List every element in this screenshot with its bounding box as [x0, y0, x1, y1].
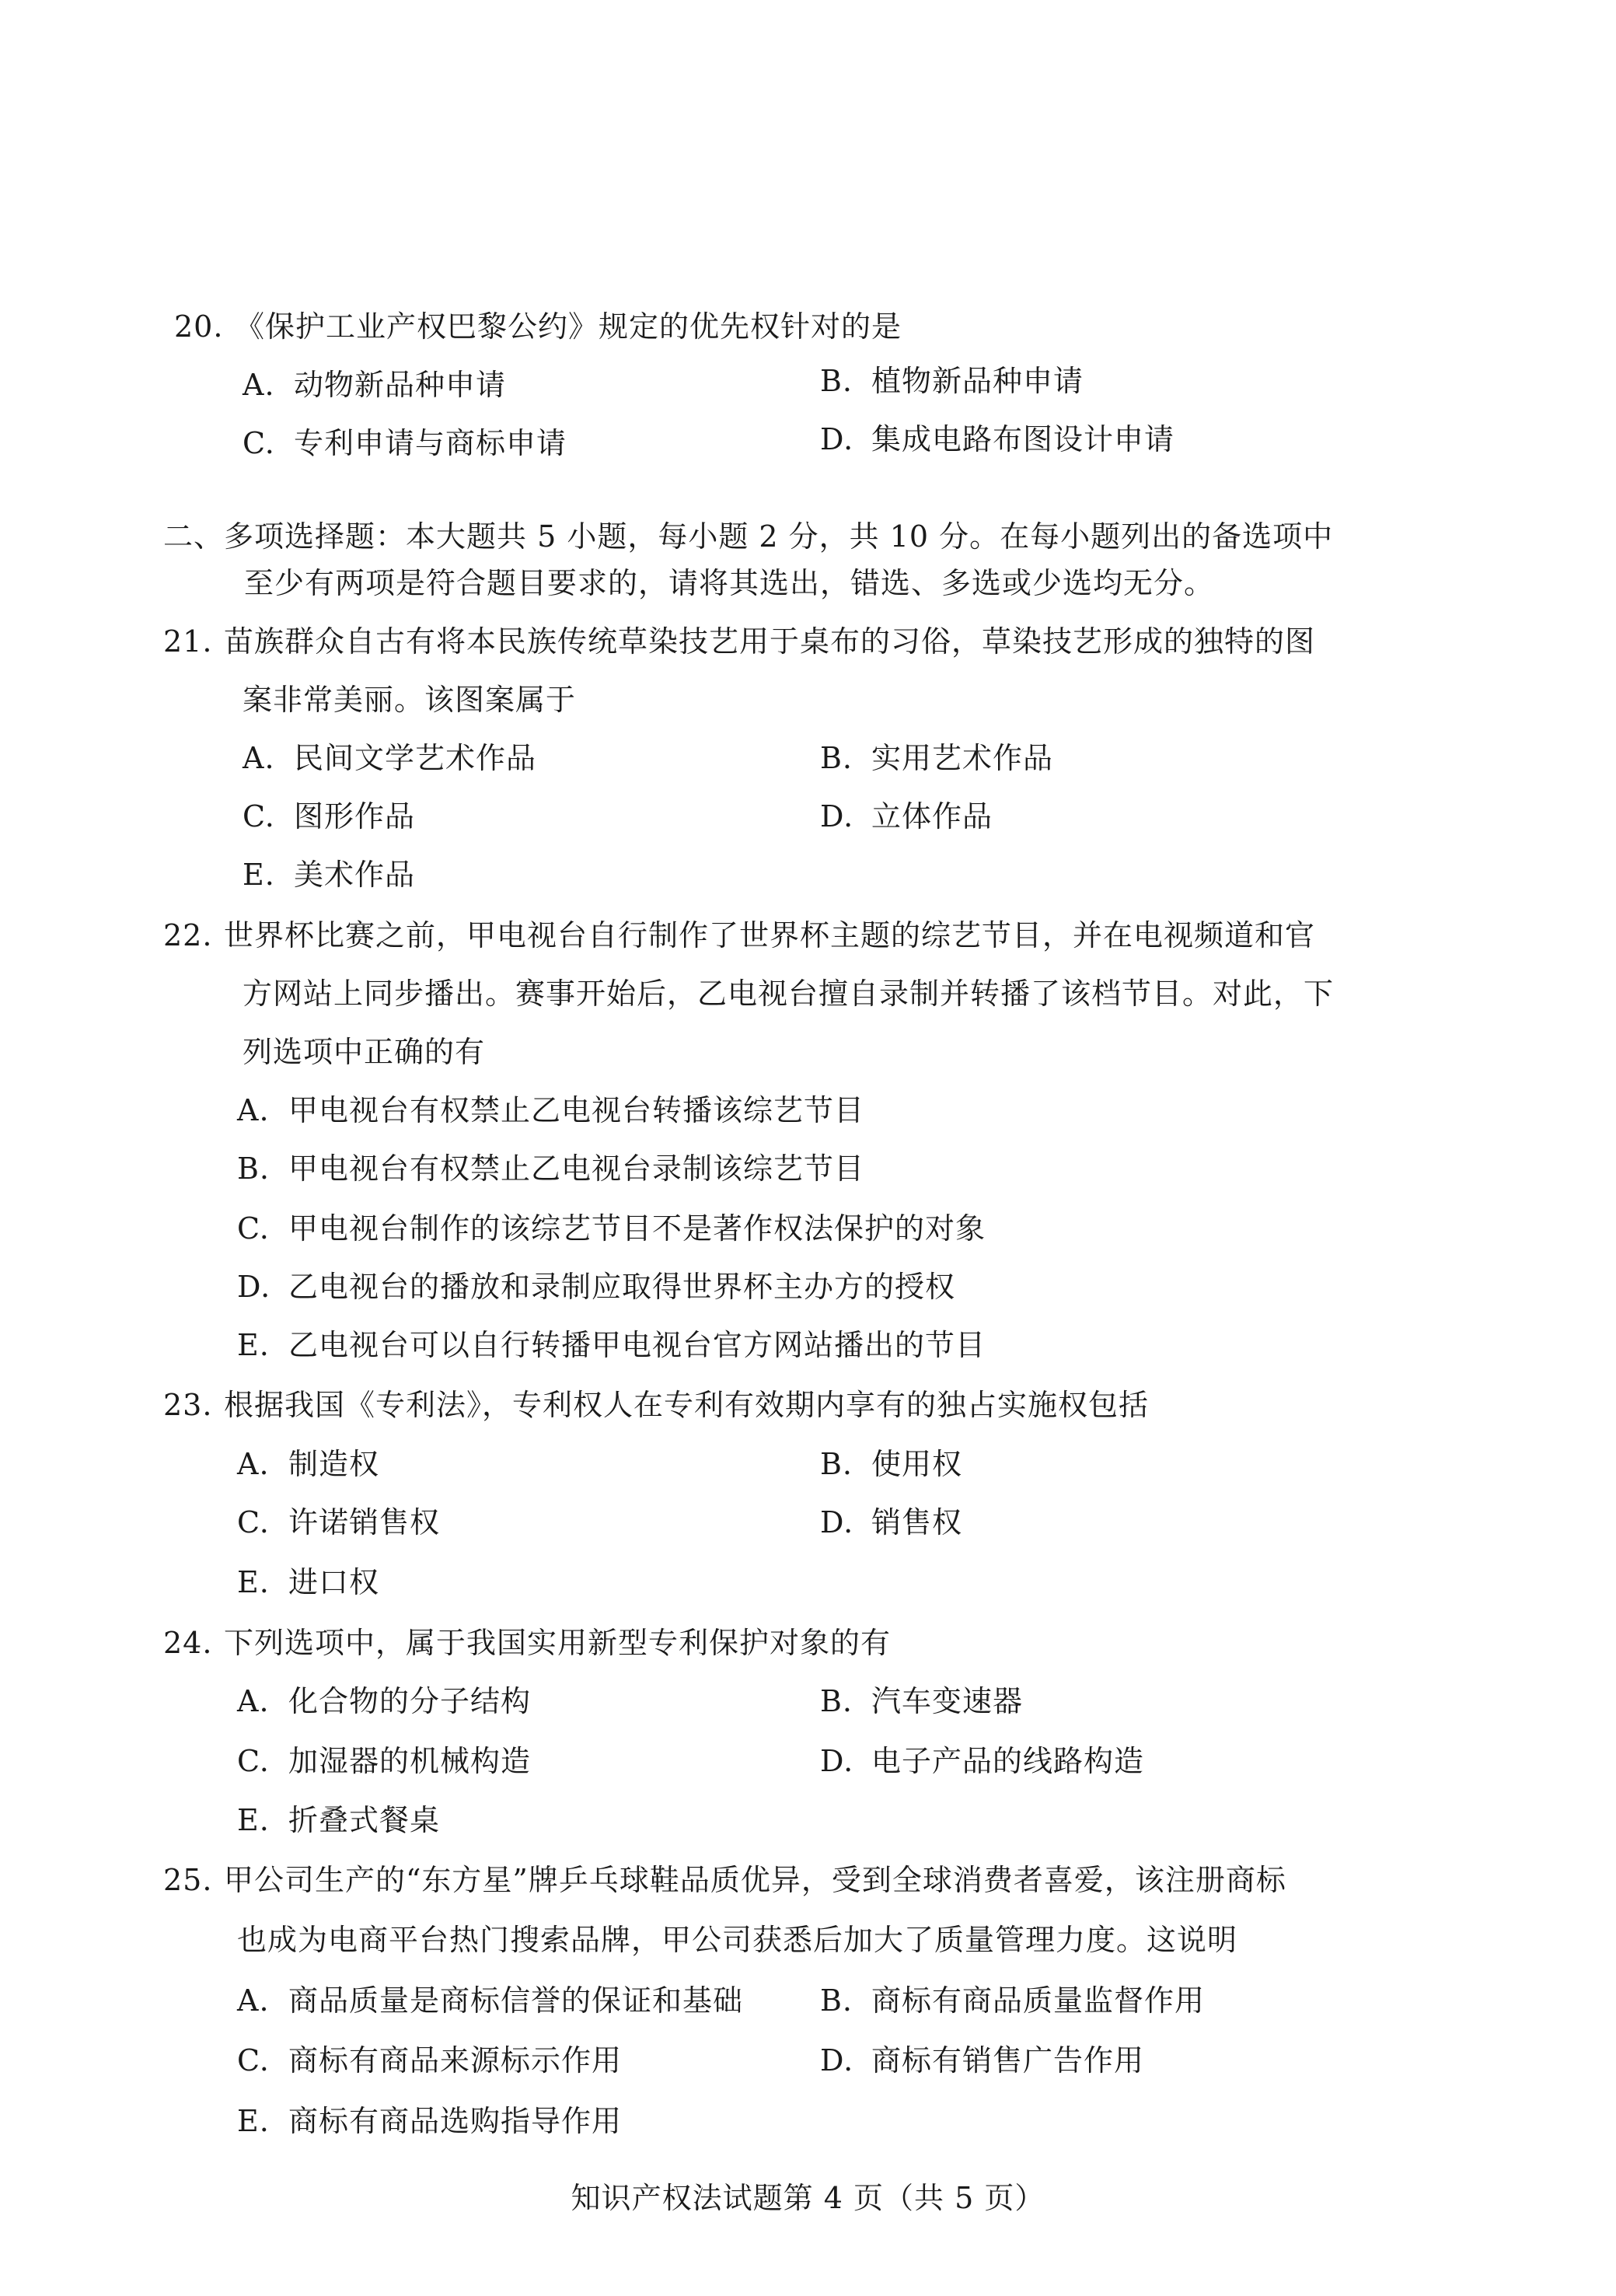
option-letter: D.: [820, 420, 871, 459]
option-text: 甲电视台制作的该综艺节目不是著作权法保护的对象: [288, 1211, 986, 1246]
option-text: 加湿器的机械构造: [288, 1744, 531, 1778]
q21-option-e: E.美术作品: [243, 855, 415, 894]
question-text: 根据我国《专利法》，专利权人在专利有效期内享有的独占实施权包括: [224, 1388, 1149, 1422]
q25-option-c: C.商标有商品来源标示作用: [237, 2041, 622, 2080]
question-number: 22.: [163, 916, 224, 955]
option-text: 电子产品的线路构造: [871, 1744, 1144, 1778]
option-letter: A.: [237, 1981, 288, 2020]
option-letter: D.: [820, 2041, 871, 2080]
question-number: 23.: [163, 1386, 224, 1424]
option-text: 甲电视台有权禁止乙电视台转播该综艺节目: [288, 1093, 864, 1127]
question-number: 21.: [163, 622, 224, 661]
question-number: 24.: [163, 1623, 224, 1662]
option-text: 甲电视台有权禁止乙电视台录制该综艺节目: [288, 1151, 864, 1186]
question-20-stem: 20.《保护工业产权巴黎公约》规定的优先权针对的是: [174, 307, 902, 346]
option-letter: E.: [237, 1326, 288, 1365]
option-letter: C.: [237, 1742, 288, 1781]
q25-option-d: D.商标有销售广告作用: [820, 2041, 1144, 2080]
question-22-stem-line-1: 22.世界杯比赛之前，甲电视台自行制作了世界杯主题的综艺节目，并在电视频道和官: [163, 916, 1315, 955]
q24-option-c: C.加湿器的机械构造: [237, 1742, 531, 1781]
q21-option-a: A.民间文学艺术作品: [243, 739, 536, 778]
option-letter: A.: [243, 739, 294, 778]
question-21-stem-line-1: 21.苗族群众自古有将本民族传统草染技艺用于桌布的习俗，草染技艺形成的独特的图: [163, 622, 1315, 661]
option-text: 实用艺术作品: [871, 741, 1053, 775]
q24-option-d: D.电子产品的线路构造: [820, 1742, 1144, 1781]
option-letter: E.: [243, 855, 294, 894]
option-letter: C.: [237, 1209, 288, 1248]
question-25-stem-line-2: 也成为电商平台热门搜索品牌，甲公司获悉后加大了质量管理力度。这说明: [237, 1920, 1237, 1959]
q20-option-a: A.动物新品种申请: [243, 365, 506, 404]
question-text: 《保护工业产权巴黎公约》规定的优先权针对的是: [235, 309, 902, 344]
option-letter: A.: [237, 1445, 288, 1483]
option-text: 商标有商品选购指导作用: [288, 2104, 622, 2138]
option-letter: B.: [820, 362, 871, 400]
question-21-stem-line-2: 案非常美丽。该图案属于: [243, 680, 576, 719]
q23-option-c: C.许诺销售权: [237, 1503, 440, 1542]
option-text: 使用权: [871, 1447, 962, 1481]
q20-option-b: B.植物新品种申请: [820, 362, 1084, 400]
q24-option-b: B.汽车变速器: [820, 1682, 1023, 1721]
exam-page: 20.《保护工业产权巴黎公约》规定的优先权针对的是 A.动物新品种申请 B.植物…: [0, 0, 1616, 2296]
option-text: 乙电视台的播放和录制应取得世界杯主办方的授权: [288, 1270, 955, 1304]
option-text: 商品质量是商标信誉的保证和基础: [288, 1983, 743, 2018]
option-text: 乙电视台可以自行转播甲电视台官方网站播出的节目: [288, 1328, 986, 1362]
question-22-stem-line-3: 列选项中正确的有: [243, 1033, 485, 1071]
option-text: 商标有商品来源标示作用: [288, 2043, 622, 2078]
question-23-stem: 23.根据我国《专利法》，专利权人在专利有效期内享有的独占实施权包括: [163, 1386, 1149, 1424]
option-letter: B.: [237, 1149, 288, 1188]
q22-option-c: C.甲电视台制作的该综艺节目不是著作权法保护的对象: [237, 1209, 986, 1248]
option-letter: D.: [820, 1742, 871, 1781]
option-letter: C.: [243, 424, 294, 463]
section-2-instructions-line-2: 至少有两项是符合题目要求的，请将其选出，错选、多选或少选均无分。: [244, 564, 1214, 603]
option-letter: B.: [820, 1682, 871, 1721]
question-number: 20.: [174, 307, 235, 346]
option-letter: C.: [243, 797, 294, 836]
option-letter: E.: [237, 1801, 288, 1840]
q25-option-e: E.商标有商品选购指导作用: [237, 2102, 622, 2140]
q23-option-e: E.进口权: [237, 1563, 379, 1602]
question-text: 甲公司生产的“东方星”牌乒乓球鞋品质优异，受到全球消费者喜爱，该注册商标: [224, 1863, 1286, 1897]
option-text: 集成电路布图设计申请: [871, 422, 1174, 456]
q22-option-e: E.乙电视台可以自行转播甲电视台官方网站播出的节目: [237, 1326, 986, 1365]
option-text: 许诺销售权: [288, 1505, 440, 1539]
q25-option-b: B.商标有商品质量监督作用: [820, 1981, 1205, 2020]
option-letter: B.: [820, 1981, 871, 2020]
option-letter: D.: [237, 1267, 288, 1306]
question-text: 下列选项中，属于我国实用新型专利保护对象的有: [224, 1626, 891, 1660]
option-text: 动物新品种申请: [294, 368, 506, 402]
option-letter: E.: [237, 1563, 288, 1602]
question-text: 苗族群众自古有将本民族传统草染技艺用于桌布的习俗，草染技艺形成的独特的图: [224, 624, 1315, 659]
option-text: 美术作品: [294, 858, 415, 892]
option-letter: C.: [237, 2041, 288, 2080]
question-22-stem-line-2: 方网站上同步播出。赛事开始后，乙电视台擅自录制并转播了该档节目。对此，下: [243, 974, 1334, 1013]
option-letter: B.: [820, 739, 871, 778]
question-number: 25.: [163, 1861, 224, 1899]
option-text: 化合物的分子结构: [288, 1684, 531, 1718]
q22-option-a: A.甲电视台有权禁止乙电视台转播该综艺节目: [237, 1091, 864, 1130]
option-letter: E.: [237, 2102, 288, 2140]
option-text: 制造权: [288, 1447, 379, 1481]
q21-option-d: D.立体作品: [820, 797, 993, 836]
option-text: 立体作品: [871, 799, 993, 833]
q21-option-b: B.实用艺术作品: [820, 739, 1053, 778]
q24-option-a: A.化合物的分子结构: [237, 1682, 531, 1721]
option-text: 专利申请与商标申请: [294, 426, 567, 460]
option-text: 植物新品种申请: [871, 364, 1084, 398]
q25-option-a: A.商品质量是商标信誉的保证和基础: [237, 1981, 743, 2020]
option-text: 图形作品: [294, 799, 415, 833]
q22-option-b: B.甲电视台有权禁止乙电视台录制该综艺节目: [237, 1149, 864, 1188]
option-letter: A.: [243, 365, 294, 404]
option-text: 商标有商品质量监督作用: [871, 1983, 1205, 2018]
question-text: 世界杯比赛之前，甲电视台自行制作了世界杯主题的综艺节目，并在电视频道和官: [224, 918, 1315, 952]
q24-option-e: E.折叠式餐桌: [237, 1801, 440, 1840]
option-letter: C.: [237, 1503, 288, 1542]
question-25-stem-line-1: 25.甲公司生产的“东方星”牌乒乓球鞋品质优异，受到全球消费者喜爱，该注册商标: [163, 1861, 1286, 1899]
option-letter: A.: [237, 1682, 288, 1721]
option-letter: A.: [237, 1091, 288, 1130]
question-24-stem: 24.下列选项中，属于我国实用新型专利保护对象的有: [163, 1623, 891, 1662]
q20-option-d: D.集成电路布图设计申请: [820, 420, 1174, 459]
option-text: 民间文学艺术作品: [294, 741, 536, 775]
q23-option-b: B.使用权: [820, 1445, 962, 1483]
option-letter: B.: [820, 1445, 871, 1483]
option-text: 销售权: [871, 1505, 962, 1539]
option-letter: D.: [820, 797, 871, 836]
q20-option-c: C.专利申请与商标申请: [243, 424, 567, 463]
option-text: 折叠式餐桌: [288, 1803, 440, 1837]
q21-option-c: C.图形作品: [243, 797, 415, 836]
page-footer: 知识产权法试题第 4 页（共 5 页）: [0, 2179, 1616, 2217]
option-letter: D.: [820, 1503, 871, 1542]
q23-option-a: A.制造权: [237, 1445, 379, 1483]
q22-option-d: D.乙电视台的播放和录制应取得世界杯主办方的授权: [237, 1267, 955, 1306]
option-text: 商标有销售广告作用: [871, 2043, 1144, 2078]
section-2-instructions-line-1: 二、多项选择题：本大题共 5 小题，每小题 2 分，共 10 分。在每小题列出的…: [163, 517, 1333, 556]
option-text: 进口权: [288, 1565, 379, 1599]
q23-option-d: D.销售权: [820, 1503, 962, 1542]
option-text: 汽车变速器: [871, 1684, 1023, 1718]
